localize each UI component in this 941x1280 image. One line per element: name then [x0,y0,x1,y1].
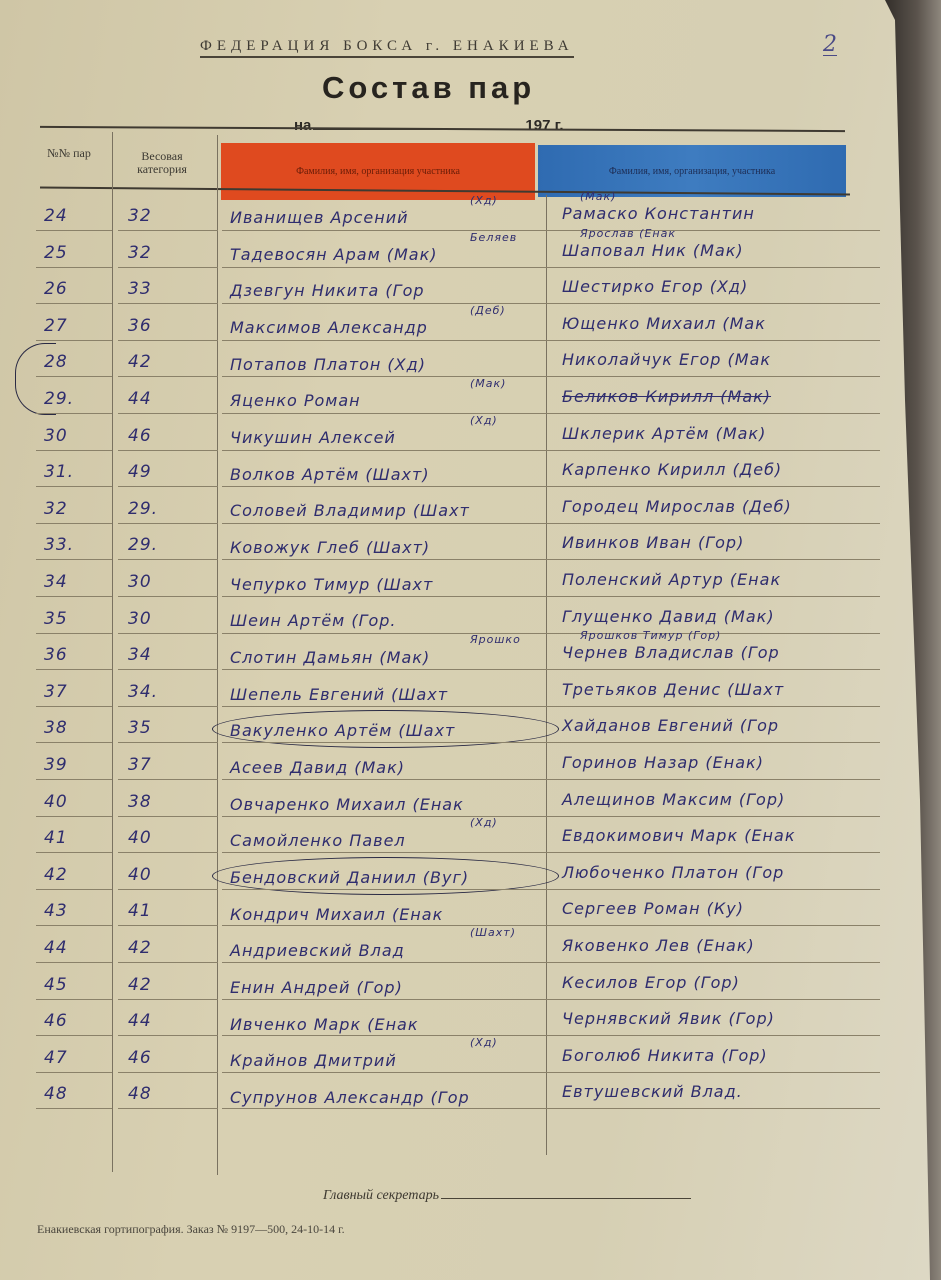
table-row: 2432Иванищев Арсений(Хд)Рамаско Констант… [0,196,930,233]
red-corner-annotation: (Шахт) [470,926,516,939]
red-corner-participant: Супрунов Александр (Гор [230,1088,470,1107]
blue-corner-participant: Рамаско Константин [562,204,755,223]
row-rule [118,852,218,853]
blue-corner-participant: Беликов Кирилл (Мак) [562,387,771,406]
red-corner-annotation: (Хд) [470,1036,498,1049]
federation-header: ФЕДЕРАЦИЯ БОКСА г. ЕНАКИЕВА [200,38,574,58]
row-rule [118,413,218,414]
table-row: 4341Кондрич Михаил (ЕнакСергеев Роман (К… [0,891,930,928]
table-row: 3937Асеев Давид (Мак)Горинов Назар (Енак… [0,745,930,782]
row-rule [550,596,880,597]
weight-category: 30 [128,609,152,629]
row-rule [222,779,552,780]
weight-category: 40 [128,828,152,848]
red-corner-participant: Крайнов Дмитрий [230,1051,397,1070]
row-rule [550,376,880,377]
row-rule [222,340,552,341]
pair-number: 25 [44,243,68,263]
row-rule [118,523,218,524]
table-row: 2842Потапов Платон (Хд)Николайчук Егор (… [0,342,930,379]
red-corner-participant: Ивченко Марк (Енак [230,1015,419,1034]
row-rule [36,523,112,524]
row-rule [118,1108,218,1109]
red-corner-participant: Яценко Роман [230,391,361,410]
red-corner-label: Фамилия, имя, организация участника [296,166,460,177]
pair-number: 36 [44,645,68,665]
row-rule [550,816,880,817]
pair-number: 26 [44,279,68,299]
blue-corner-annotation: Ярослав (Енак [580,227,676,240]
weight-category: 30 [128,572,152,592]
blue-corner-participant: Чернявский Явик (Гор) [562,1009,775,1028]
row-rule [550,303,880,304]
page-title: Состав пар [322,70,535,106]
blue-corner-participant: Карпенко Кирилл (Деб) [562,460,782,479]
blue-corner-participant: Городец Мирослав (Деб) [562,497,792,516]
weight-category: 34. [128,682,158,702]
row-rule [222,999,552,1000]
weight-category: 46 [128,1048,152,1068]
pair-number: 37 [44,682,68,702]
weight-category: 33 [128,279,152,299]
blue-corner-participant: Чернев Владислав (Гор [562,643,780,662]
row-rule [550,706,880,707]
row-rule [118,889,218,890]
weight-category: 38 [128,792,152,812]
red-corner-participant: Максимов Александр [230,318,428,337]
table-row: 4140Самойленко Павел(Хд)Евдокимович Марк… [0,818,930,855]
row-rule [36,303,112,304]
row-rule [550,559,880,560]
table-row: 3430Чепурко Тимур (ШахтПоленский Артур (… [0,562,930,599]
row-rule [222,596,552,597]
red-corner-participant: Слотин Дамьян (Мак) [230,648,430,667]
row-rule [550,962,880,963]
red-corner-annotation: (Мак) [470,377,506,390]
blue-corner-participant: Шаповал Ник (Мак) [562,241,744,260]
weight-category: 36 [128,316,152,336]
pair-number: 32 [44,499,68,519]
pair-number: 48 [44,1084,68,1104]
row-rule [36,596,112,597]
secretary-label: Главный секретарь [323,1188,439,1203]
row-rule [36,742,112,743]
row-rule [118,816,218,817]
row-rule [222,742,552,743]
table-row: 4848Супрунов Александр (ГорЕвтушевский В… [0,1074,930,1111]
red-corner-participant: Тадевосян Арам (Мак) [230,245,438,264]
red-corner-participant: Чикушин Алексей [230,428,396,447]
red-corner-participant: Овчаренко Михаил (Енак [230,795,464,814]
red-corner-annotation: (Хд) [470,414,498,427]
pair-number: 28 [44,352,68,372]
red-corner-participant: Дзевгун Никита (Гор [230,281,425,300]
row-rule [118,925,218,926]
pair-number: 30 [44,426,68,446]
document-sheet: ФЕДЕРАЦИЯ БОКСА г. ЕНАКИЕВА 2 Состав пар… [0,0,930,1280]
row-rule [222,267,552,268]
row-rule [550,742,880,743]
pair-number: 24 [44,206,68,226]
row-rule [550,267,880,268]
row-rule [118,999,218,1000]
red-corner-participant: Иванищев Арсений [230,208,409,227]
row-rule [36,633,112,634]
row-rule [118,962,218,963]
pair-number: 44 [44,938,68,958]
weight-category: 29. [128,499,158,519]
row-rule [118,376,218,377]
red-corner-annotation: (Деб) [470,304,506,317]
column-header-pair-number: №№ пар [44,147,94,160]
row-rule [550,486,880,487]
weight-category: 42 [128,975,152,995]
printer-imprint: Енакиевская гортипография. Заказ № 9197—… [37,1222,345,1237]
row-rule [118,230,218,231]
row-rule [550,889,880,890]
table-row: 3634Слотин Дамьян (Мак)ЯрошкоЧернев Влад… [0,635,930,672]
blue-corner-label: Фамилия, имя, организация, участника [609,166,775,177]
pair-number: 43 [44,901,68,921]
row-rule [118,340,218,341]
blue-corner-participant: Яковенко Лев (Енак) [562,936,755,955]
blue-corner-participant: Шестирко Егор (Хд) [562,277,748,296]
blue-corner-participant: Боголюб Никита (Гор) [562,1046,768,1065]
row-rule [36,1072,112,1073]
row-rule [118,559,218,560]
red-corner-annotation: (Хд) [470,816,498,829]
row-rule [36,1035,112,1036]
row-rule [118,596,218,597]
row-rule [36,267,112,268]
row-rule [118,669,218,670]
row-rule [118,706,218,707]
row-rule [550,523,880,524]
secretary-signature: Главный секретарь [323,1188,691,1204]
row-rule [36,852,112,853]
pair-number: 42 [44,865,68,885]
red-corner-annotation: Беляев [470,231,517,244]
row-rule [118,1072,218,1073]
pair-number: 40 [44,792,68,812]
row-rule [222,852,552,853]
row-rule [550,1072,880,1073]
row-rule [118,742,218,743]
blue-corner-participant: Евдокимович Марк (Енак [562,826,795,845]
blue-corner-participant: Шклерик Артём (Мак) [562,424,766,443]
row-rule [36,999,112,1000]
blue-corner-participant: Ивинков Иван (Гор) [562,533,744,552]
table-row: 4746Крайнов Дмитрий(Хд)Боголюб Никита (Г… [0,1038,930,1075]
row-rule [118,633,218,634]
table-row: 4240Бендовский Даниил (Вуг)Любоченко Пла… [0,855,930,892]
pair-number: 27 [44,316,68,336]
row-rule [222,1072,552,1073]
row-rule [36,340,112,341]
row-rule [118,303,218,304]
table-row: 4644Ивченко Марк (ЕнакЧернявский Явик (Г… [0,1001,930,1038]
pair-number: 39 [44,755,68,775]
weight-category: 32 [128,243,152,263]
red-corner-participant: Енин Андрей (Гор) [230,978,403,997]
row-rule [36,706,112,707]
red-corner-participant: Самойленко Павел [230,831,406,850]
table-row: 2532Тадевосян Арам (Мак)БеляевШаповал Ни… [0,233,930,270]
weight-category: 37 [128,755,152,775]
row-rule [550,925,880,926]
weight-category: 35 [128,718,152,738]
signature-line [441,1188,691,1199]
weight-category: 34 [128,645,152,665]
red-corner-participant: Асеев Давид (Мак) [230,758,405,777]
page-number: 2 [823,35,837,56]
row-rule [118,486,218,487]
row-rule [36,962,112,963]
row-rule [222,1035,552,1036]
red-corner-annotation: Ярошко [470,633,521,646]
row-rule [36,486,112,487]
row-rule [36,376,112,377]
row-rule [36,816,112,817]
row-rule [222,962,552,963]
weight-category: 49 [128,462,152,482]
table-row: 2633Дзевгун Никита (ГорШестирко Егор (Хд… [0,269,930,306]
table-row: 29.44Яценко Роман(Мак)Беликов Кирилл (Ма… [0,379,930,416]
pair-number: 47 [44,1048,68,1068]
row-rule [36,889,112,890]
row-rule [222,486,552,487]
pair-number: 41 [44,828,68,848]
row-rule [36,1108,112,1109]
red-corner-participant: Андриевский Влад [230,941,405,960]
blue-corner-participant: Алещинов Максим (Гор) [562,790,785,809]
row-rule [36,413,112,414]
row-rule [222,706,552,707]
table-row: 3835Вакуленко Артём (ШахтХайданов Евгени… [0,708,930,745]
row-rule [550,1108,880,1109]
row-rule [550,999,880,1000]
row-rule [222,559,552,560]
table-row: 33.29.Ковожук Глеб (Шахт)Ивинков Иван (Г… [0,525,930,562]
red-corner-participant: Шеин Артём (Гор. [230,611,397,630]
row-rule [550,1035,880,1036]
table-row: 3530Шеин Артём (Гор.Глущенко Давид (Мак) [0,599,930,636]
red-corner-annotation: (Хд) [470,194,498,207]
red-corner-participant: Чепурко Тимур (Шахт [230,575,433,594]
weight-category: 44 [128,389,152,409]
weight-category: 41 [128,901,152,921]
table-row: 31.49Волков Артём (Шахт)Карпенко Кирилл … [0,452,930,489]
weight-category: 32 [128,206,152,226]
table-row: 4038Овчаренко Михаил (ЕнакАлещинов Макси… [0,782,930,819]
row-rule [222,1108,552,1109]
weight-category: 44 [128,1011,152,1031]
row-rule [550,669,880,670]
pair-number: 45 [44,975,68,995]
table-row: 4542Енин Андрей (Гор)Кесилов Егор (Гор) [0,965,930,1002]
table-row: 4442Андриевский Влад(Шахт)Яковенко Лев (… [0,928,930,965]
weight-category: 29. [128,535,158,555]
red-corner-participant: Волков Артём (Шахт) [230,465,430,484]
row-rule [118,267,218,268]
weight-category: 42 [128,938,152,958]
row-rule [222,669,552,670]
red-corner-participant: Соловей Владимир (Шахт [230,501,470,520]
date-suffix: 197 г. [525,117,563,134]
pair-number: 34 [44,572,68,592]
blue-corner-participant: Любоченко Платон (Гор [562,863,784,882]
pair-number: 35 [44,609,68,629]
row-rule [36,559,112,560]
pair-number: 29. [44,389,74,409]
pair-number: 31. [44,462,74,482]
date-prefix: на [294,117,311,134]
red-corner-participant: Кондрич Михаил (Енак [230,905,443,924]
table-row: 3229.Соловей Владимир (ШахтГородец Мирос… [0,489,930,526]
weight-category: 40 [128,865,152,885]
date-line: на197 г. [294,117,564,134]
blue-corner-participant: Ющенко Михаил (Мак [562,314,766,333]
row-rule [118,779,218,780]
row-rule [222,816,552,817]
table-row: 2736Максимов Александр(Деб)Ющенко Михаил… [0,306,930,343]
pair-number: 46 [44,1011,68,1031]
blue-corner-participant: Глущенко Давид (Мак) [562,607,775,626]
row-rule [118,450,218,451]
red-corner-participant: Шепель Евгений (Шахт [230,685,448,704]
row-rule [550,413,880,414]
red-corner-participant: Потапов Платон (Хд) [230,355,426,374]
red-corner-participant: Ковожук Глеб (Шахт) [230,538,430,557]
table-row: 3046Чикушин Алексей(Хд)Шклерик Артём (Ма… [0,416,930,453]
row-rule [36,669,112,670]
row-rule [550,450,880,451]
row-rule [222,889,552,890]
row-rule [36,450,112,451]
blue-corner-participant: Евтушевский Влад. [562,1082,743,1101]
blue-corner-annotation: (Мак) [580,190,616,203]
row-rule [36,925,112,926]
row-rule [36,230,112,231]
table-row: 3734.Шепель Евгений (ШахтТретьяков Денис… [0,672,930,709]
blue-corner-participant: Сергеев Роман (Ку) [562,899,744,918]
blue-corner-participant: Поленский Артур (Енак [562,570,781,589]
weight-category: 48 [128,1084,152,1104]
weight-category: 46 [128,426,152,446]
row-rule [550,852,880,853]
blue-corner-participant: Горинов Назар (Енак) [562,753,764,772]
row-rule [118,1035,218,1036]
blue-corner-participant: Хайданов Евгений (Гор [562,716,779,735]
column-header-weight-category: Весовая категория [122,150,202,176]
row-rule [550,340,880,341]
row-rule [550,779,880,780]
row-rule [36,779,112,780]
blue-corner-annotation: Ярошков Тимур (Гор) [580,629,721,642]
row-rule [222,523,552,524]
weight-category: 42 [128,352,152,372]
blue-corner-participant: Николайчук Егор (Мак [562,350,771,369]
blue-corner-participant: Кесилов Егор (Гор) [562,973,740,992]
row-rule [222,413,552,414]
pair-number: 33. [44,535,74,555]
row-rule [222,450,552,451]
pair-number: 38 [44,718,68,738]
blue-corner-participant: Третьяков Денис (Шахт [562,680,784,699]
